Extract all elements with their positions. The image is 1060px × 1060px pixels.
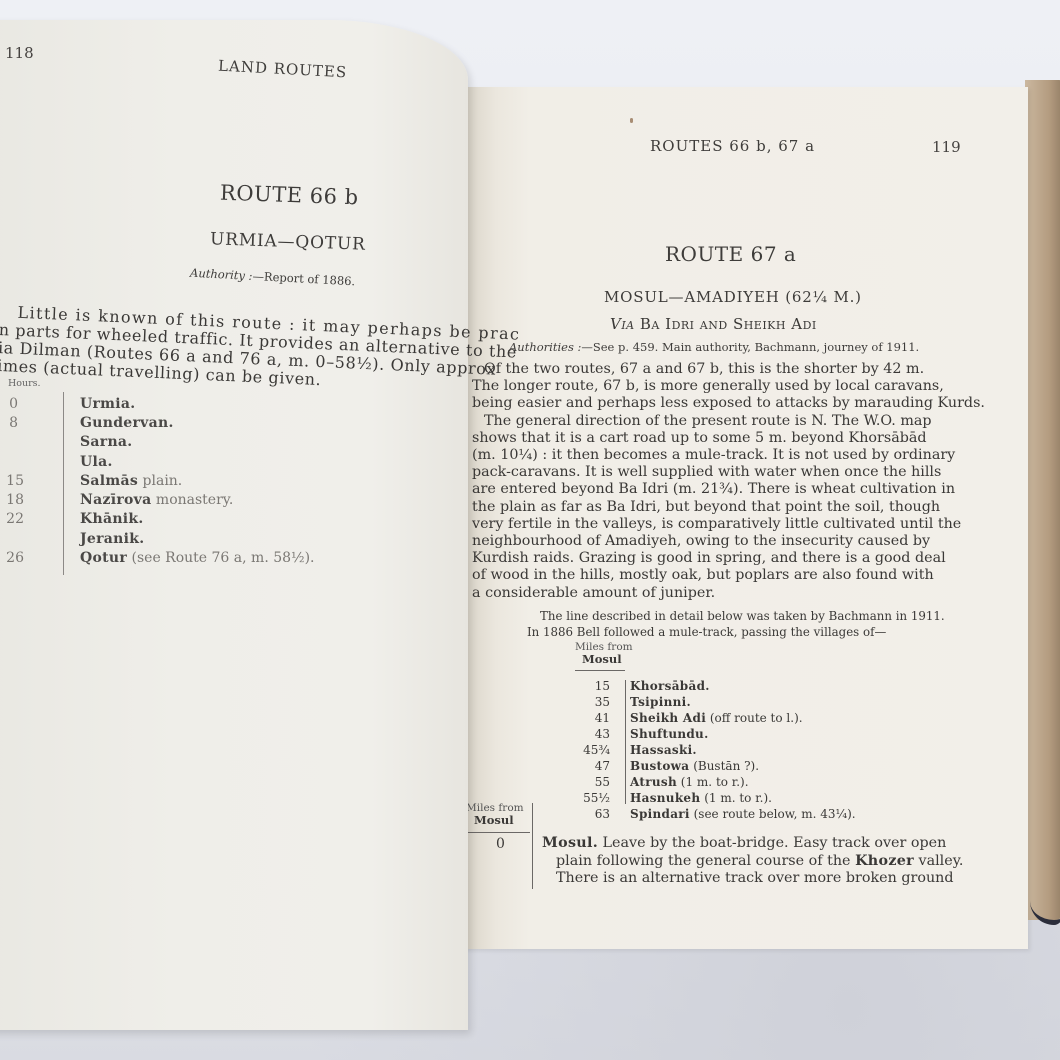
main-entry-line-1: Mosul. Leave by the boat-bridge. Easy tr… bbox=[542, 835, 963, 853]
text-line: are entered beyond Ba Idri (m. 21¾). The… bbox=[472, 481, 960, 498]
itinerary-row: 8Gundervan. bbox=[6, 413, 315, 432]
left-page: 118 LAND ROUTES ROUTE 66 b URMIA—QOTUR A… bbox=[0, 20, 468, 1030]
route-description: Little is known of this route : it may p… bbox=[0, 303, 521, 398]
text-line: The general direction of the present rou… bbox=[472, 413, 960, 430]
authority-text: —Report of 1886. bbox=[252, 269, 355, 288]
village-row: 55Atrush (1 m. to r.). bbox=[582, 774, 856, 790]
page-number: 119 bbox=[932, 138, 961, 156]
text-line: The longer route, 67 b, is more generall… bbox=[472, 378, 960, 395]
main-header-mosul: Mosul bbox=[474, 813, 514, 827]
via-line: Via Ba Idri and Sheikh Adi bbox=[610, 315, 817, 333]
authority-line: Authority :—Report of 1886. bbox=[190, 266, 356, 289]
via-label: Via bbox=[610, 315, 635, 333]
authorities-text: —See p. 459. Main authority, Bachmann, j… bbox=[581, 340, 919, 354]
villages-header-rule bbox=[575, 670, 625, 671]
itinerary-row: 0Urmia. bbox=[6, 394, 315, 413]
itinerary-table: 0Urmia. 8Gundervan. Sarna. Ula. 15Salmās… bbox=[6, 394, 315, 568]
village-row: 41Sheikh Adi (off route to l.). bbox=[582, 710, 856, 726]
note-line-2: In 1886 Bell followed a mule-track, pass… bbox=[527, 624, 886, 640]
itinerary-row: 26Qotur (see Route 76 a, m. 58½). bbox=[6, 548, 315, 567]
authority-label: Authority : bbox=[190, 266, 253, 283]
text-line: neighbourhood of Amadiyeh, owing to the … bbox=[472, 533, 960, 550]
text-line: of wood in the hills, mostly oak, but po… bbox=[472, 567, 960, 584]
village-row: 55½Hasnukeh (1 m. to r.). bbox=[582, 790, 856, 806]
text-line: Of the two routes, 67 a and 67 b, this i… bbox=[472, 361, 960, 378]
route-description: Of the two routes, 67 a and 67 b, this i… bbox=[472, 361, 960, 602]
text-line: the plain as far as Ba Idri, but beyond … bbox=[472, 499, 960, 516]
text-line: pack-caravans. It is well supplied with … bbox=[472, 464, 960, 481]
main-entry-line-2: plain following the general course of th… bbox=[542, 853, 963, 871]
running-head: LAND ROUTES bbox=[218, 57, 348, 82]
village-row: 47Bustowa (Bustān ?). bbox=[582, 758, 856, 774]
route-subtitle: URMIA—QOTUR bbox=[210, 229, 366, 254]
route-subtitle: MOSUL—AMADIYEH (62¼ M.) bbox=[604, 288, 862, 306]
itinerary-row: Sarna. bbox=[6, 433, 315, 452]
paper-spot bbox=[630, 118, 633, 123]
main-miles: 0 bbox=[496, 836, 505, 852]
main-column-rule bbox=[532, 803, 533, 889]
villages-header-mosul: Mosul bbox=[582, 652, 622, 666]
hours-header: Hours. bbox=[8, 378, 41, 389]
village-row: 15Khorsābād. bbox=[582, 678, 856, 694]
authorities-line: Authorities :—See p. 459. Main authority… bbox=[509, 340, 919, 354]
village-row: 35Tsipinni. bbox=[582, 694, 856, 710]
itinerary-row: Ula. bbox=[6, 452, 315, 471]
page-number: 118 bbox=[5, 44, 34, 62]
text-line: a considerable amount of juniper. bbox=[472, 585, 960, 602]
book-back-cover bbox=[1025, 80, 1060, 920]
main-entry-line-3: There is an alternative track over more … bbox=[542, 870, 963, 888]
text-line: being easier and perhaps less exposed to… bbox=[472, 395, 960, 412]
main-entry: Mosul. Leave by the boat-bridge. Easy tr… bbox=[542, 835, 963, 888]
villages-table: 15Khorsābād. 35Tsipinni. 41Sheikh Adi (o… bbox=[582, 678, 856, 822]
note-line-1: The line described in detail below was t… bbox=[540, 608, 945, 624]
text-line: shows that it is a cart road up to some … bbox=[472, 430, 960, 447]
text-line: very fertile in the valleys, is comparat… bbox=[472, 516, 960, 533]
itinerary-row: Jeranik. bbox=[6, 529, 315, 548]
route-title: ROUTE 66 b bbox=[220, 181, 359, 210]
village-row: 43Shuftundu. bbox=[582, 726, 856, 742]
main-header-rule bbox=[468, 832, 530, 833]
itinerary-row: 22Khānik. bbox=[6, 510, 315, 529]
route-title: ROUTE 67 a bbox=[665, 242, 796, 266]
running-head: ROUTES 66 b, 67 a bbox=[650, 137, 815, 155]
itinerary-row: 15Salmās plain. bbox=[6, 471, 315, 490]
text-line: (m. 10¼) : it then becomes a mule-track.… bbox=[472, 447, 960, 464]
itinerary-row: 18Nazīrova monastery. bbox=[6, 490, 315, 509]
text-line: Kurdish raids. Grazing is good in spring… bbox=[472, 550, 960, 567]
village-row: 63Spindari (see route below, m. 43¼). bbox=[582, 806, 856, 822]
right-page: ROUTES 66 b, 67 a 119 ROUTE 67 a MOSUL—A… bbox=[462, 87, 1028, 949]
village-row: 45¾Hassaski. bbox=[582, 742, 856, 758]
via-places: Ba Idri and Sheikh Adi bbox=[640, 315, 817, 333]
